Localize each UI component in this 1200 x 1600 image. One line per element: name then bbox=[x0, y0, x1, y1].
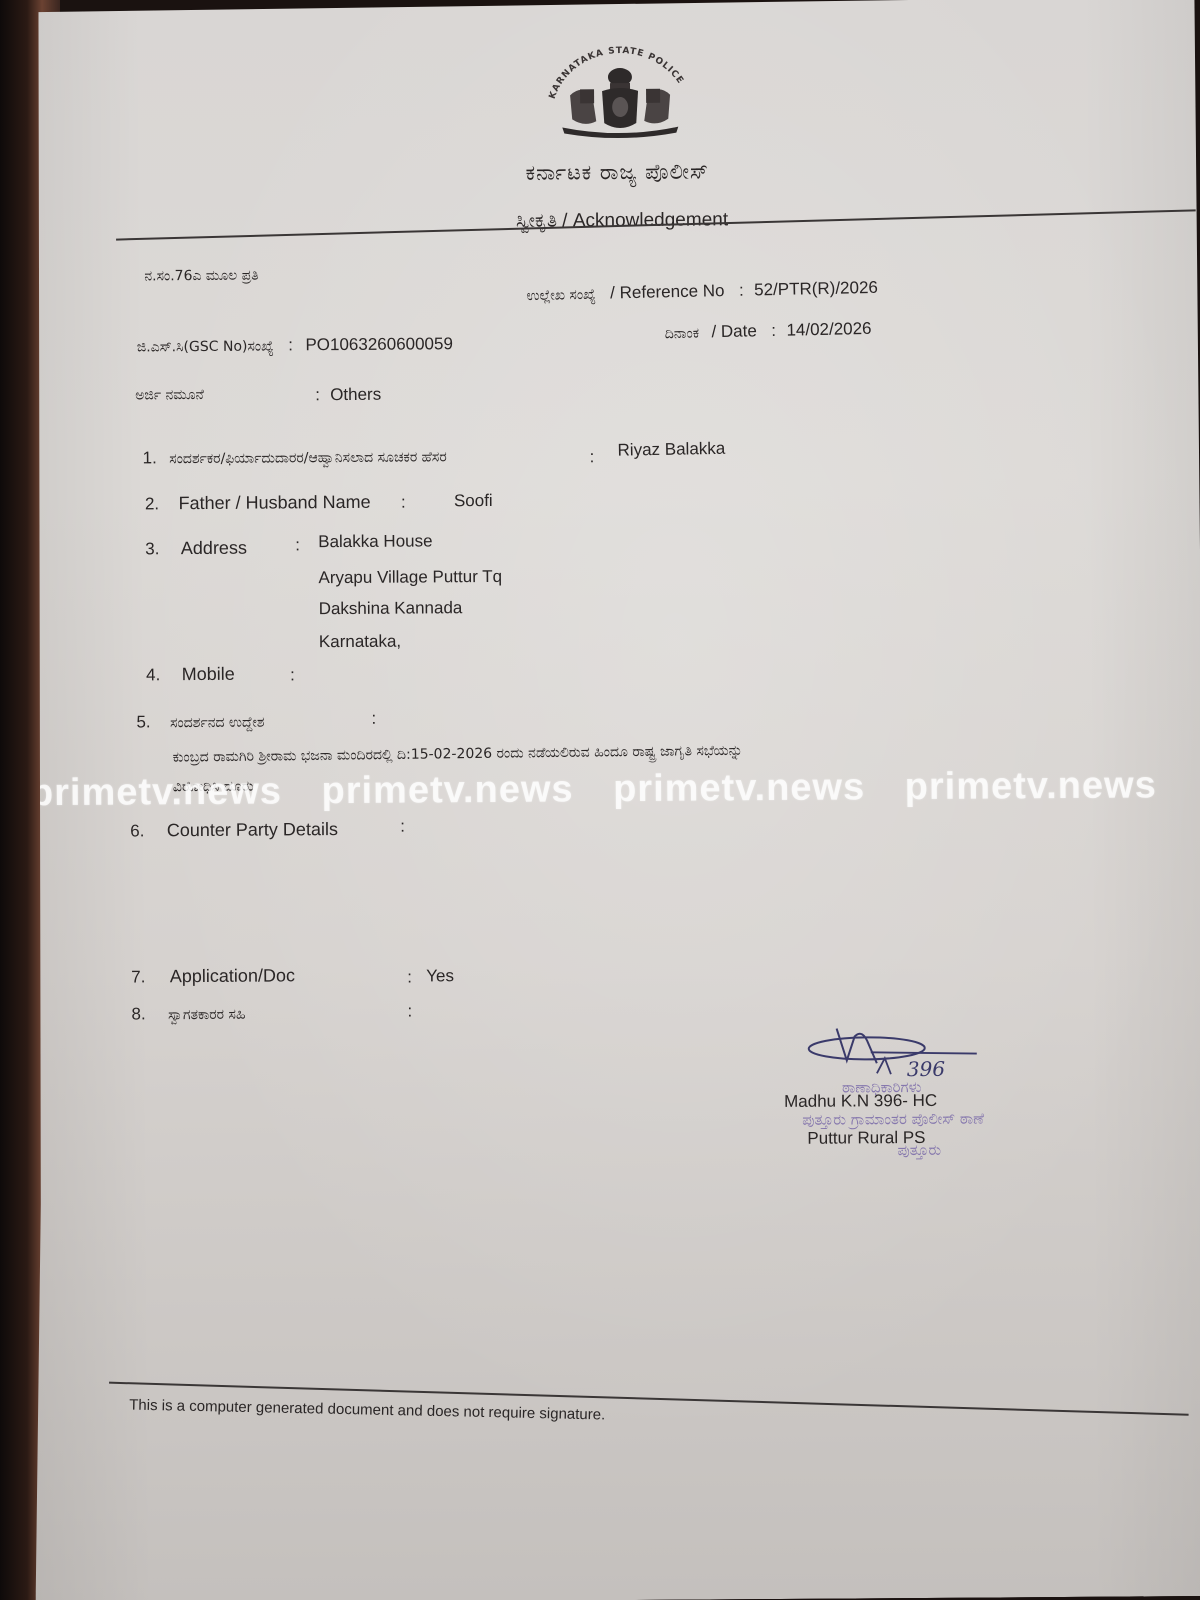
address-line-4: Karnataka, bbox=[319, 632, 401, 653]
field-receptionist-signature: 8. ಸ್ವಾಗತಕಾರರ ಸಹಿ bbox=[131, 1004, 245, 1025]
gsc-number-value: PO1063260600059 bbox=[305, 334, 453, 354]
reference-label-en: / Reference No bbox=[610, 281, 725, 302]
document-title: ಸ್ವೀಕೃತಿ / Acknowledgement bbox=[516, 209, 728, 232]
application-type-value: Others bbox=[330, 385, 381, 405]
reference-label-kn: ಉಲ್ಲೇಖ ಸಂಖ್ಯೆ bbox=[526, 287, 596, 304]
field-counter-party-details: 6. Counter Party Details bbox=[130, 819, 338, 841]
field-application-doc: 7. Application/Doc bbox=[131, 965, 295, 987]
date-value: 14/02/2026 bbox=[786, 319, 871, 340]
address-line-1: Balakka House bbox=[318, 531, 432, 552]
application-type-row: ಅರ್ಜಿ ನಮೂನೆ : Others bbox=[135, 386, 204, 404]
officer-name: Madhu K.N 396- HC bbox=[784, 1091, 937, 1112]
date-label-kn: ದಿನಾಂಕ bbox=[665, 325, 700, 342]
address-line-3: Dakshina Kannada bbox=[319, 598, 463, 619]
gsc-number-row: ಜಿ.ಎಸ್.ಸಿ(GSC No)ಸಂಖ್ಯೆ : PO106326060005… bbox=[137, 334, 453, 356]
father-husband-name-value: Soofi bbox=[454, 491, 493, 511]
watermark: primetv.news primetv.news primetv.news p… bbox=[30, 764, 1200, 815]
acknowledgement-document: KARNATAKA STATE POLICE ಕರ್ನಾಟಕ ರಾಜ್ಯ ಪೊಲ… bbox=[24, 0, 1200, 1600]
stamp-line-3: ಪುತ್ತೂರು bbox=[897, 1141, 941, 1159]
field-address: 3. Address bbox=[145, 538, 247, 560]
field-mobile: 4. Mobile bbox=[146, 664, 235, 686]
gsc-label: ಜಿ.ಎಸ್.ಸಿ(GSC No)ಸಂಖ್ಯೆ bbox=[137, 338, 274, 355]
application-type-label: ಅರ್ಜಿ ನಮೂನೆ bbox=[135, 387, 204, 403]
karnataka-police-emblem-icon: KARNATAKA STATE POLICE bbox=[540, 44, 701, 140]
stamp-line-2: ಪುತ್ತೂರು ಗ್ರಾಮಾಂತರ ಪೊಲೀಸ್ ಠಾಣೆ bbox=[802, 1110, 984, 1129]
form-code: ನ.ಸಂ.76ಎ ಮೂಲ ಪ್ರತಿ bbox=[144, 268, 258, 285]
field-visitor-name: 1. ಸಂದರ್ಶಕರ/ಫಿರ್ಯಾದುದಾರರ/ಆಹ್ವಾನಿಸಲಾದ ಸೂಚ… bbox=[143, 446, 447, 468]
application-doc-value: Yes bbox=[426, 966, 454, 986]
organization-name: ಕರ್ನಾಟಕ ರಾಜ್ಯ ಪೊಲೀಸ್ bbox=[526, 159, 709, 185]
field-father-husband-name: 2. Father / Husband Name bbox=[145, 492, 371, 515]
field-visit-purpose: 5. ಸಂದರ್ಶನದ ಉದ್ದೇಶ bbox=[136, 712, 264, 733]
reference-number-value: 52/PTR(R)/2026 bbox=[754, 278, 878, 300]
address-line-2: Aryapu Village Puttur Tq bbox=[318, 567, 502, 588]
visitor-name-value: Riyaz Balakka bbox=[617, 439, 725, 461]
date-label-en: / Date bbox=[711, 321, 757, 341]
